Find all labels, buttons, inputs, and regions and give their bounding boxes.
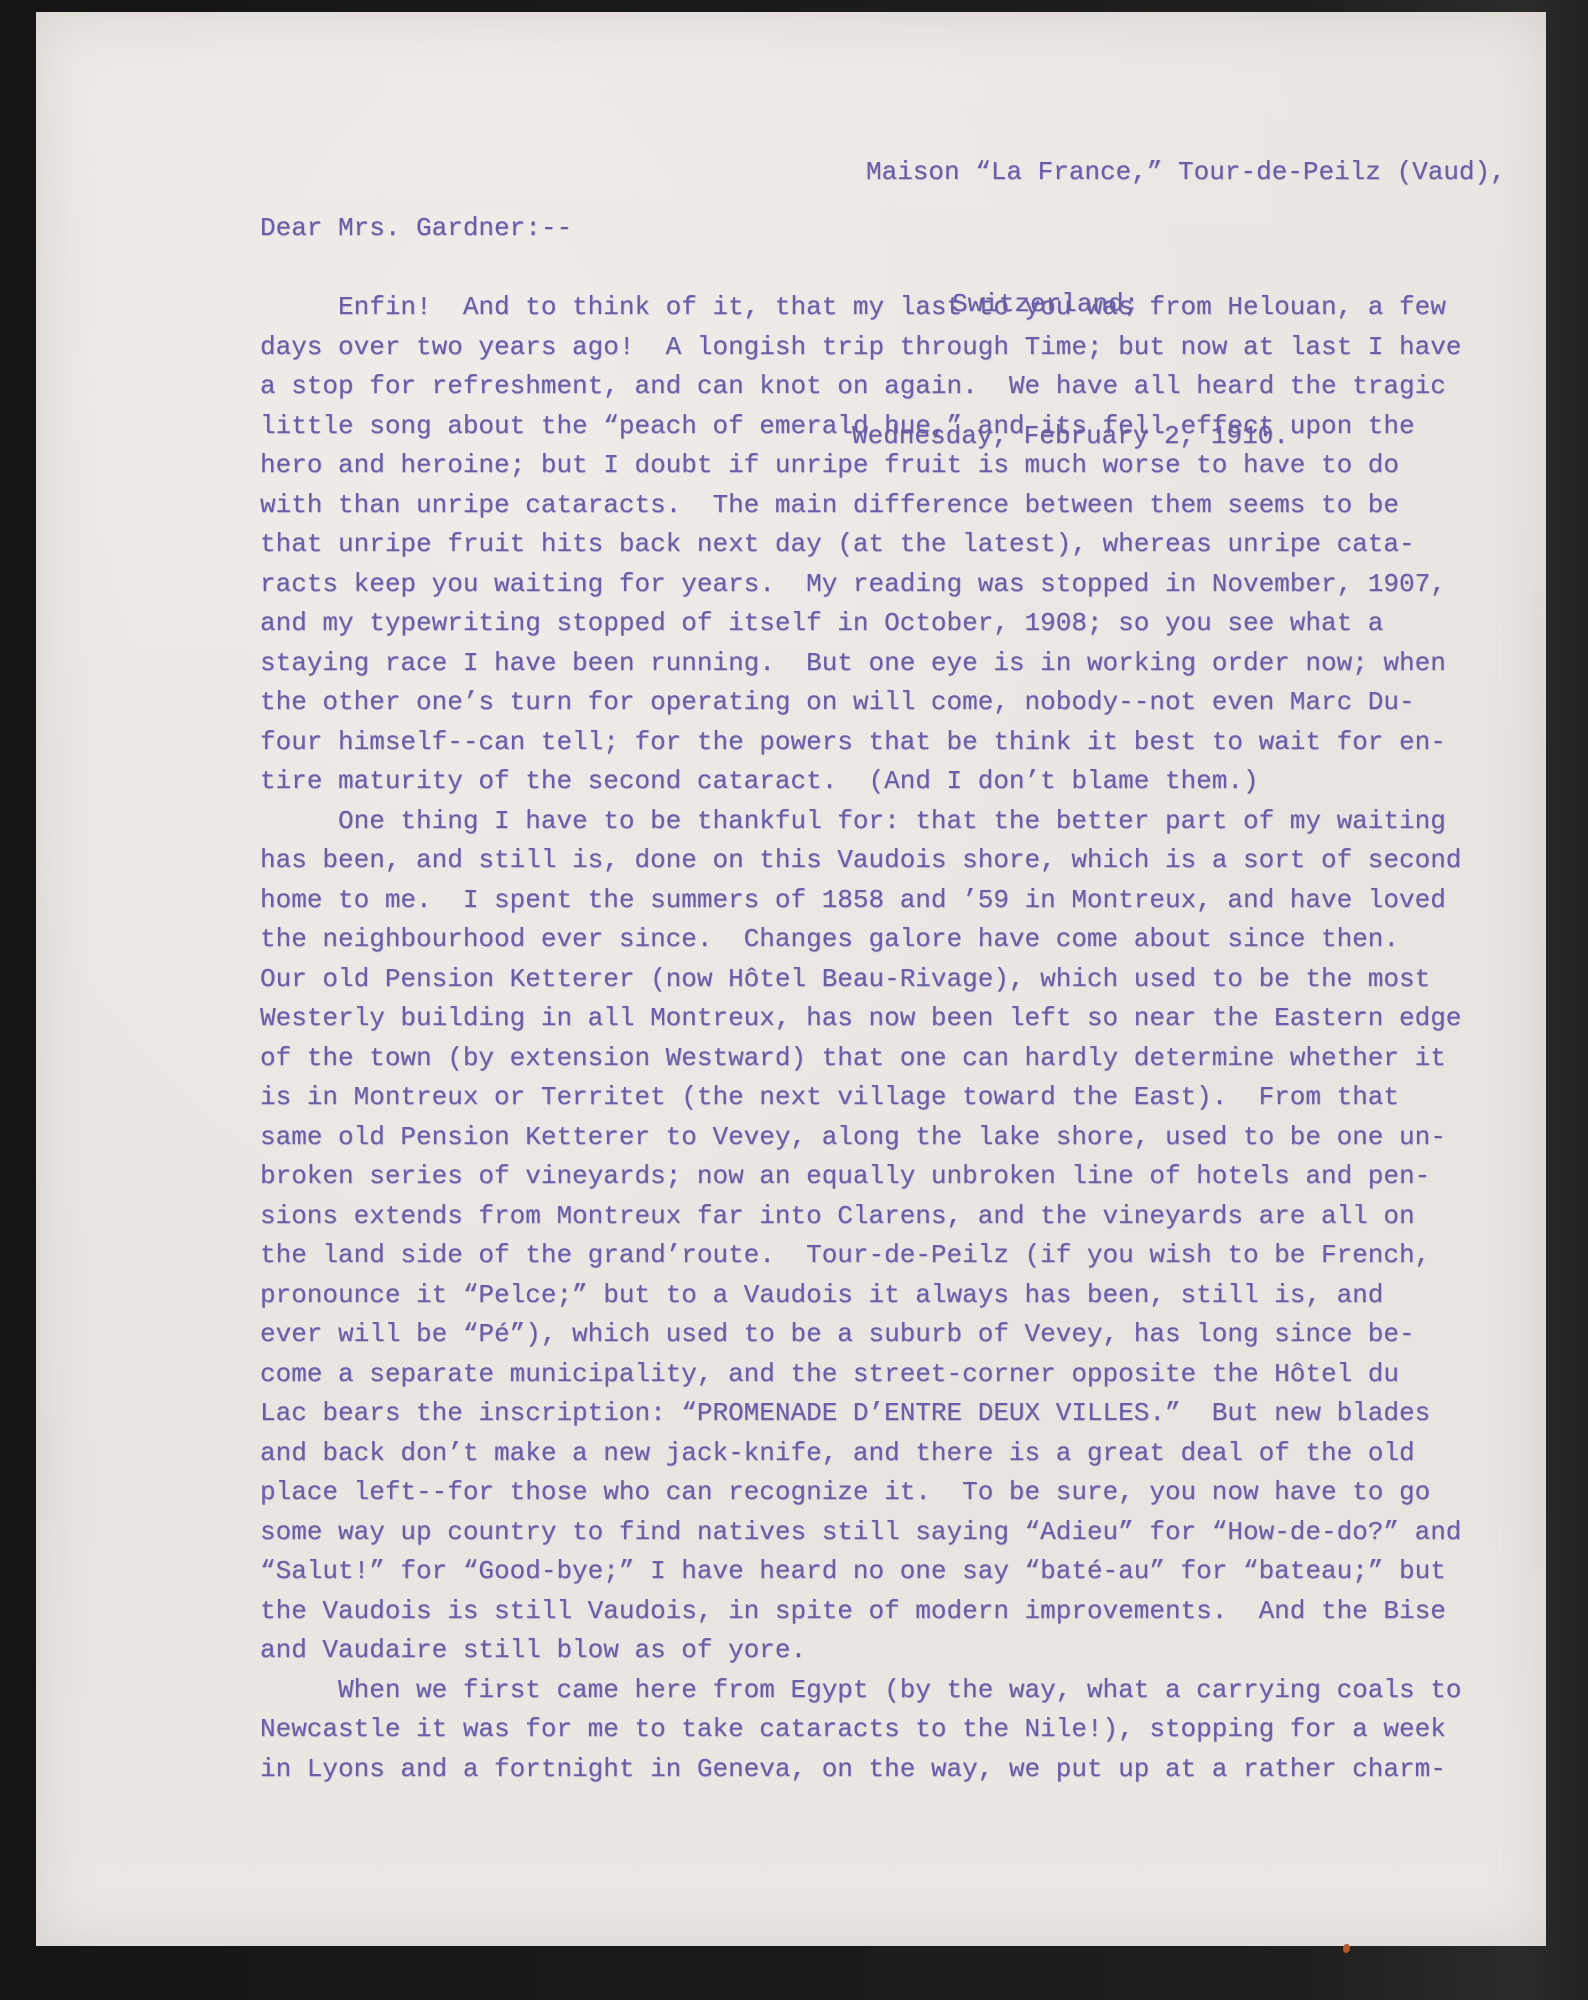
letter-scan-page: { "letter": { "header": { "line1": "Mais… — [0, 0, 1588, 2000]
letter-body: Enfin! And to think of it, that my last … — [260, 288, 1461, 1789]
sender-address-line: Maison “La France,” Tour-de-Peilz (Vaud)… — [866, 150, 1506, 194]
paragraph-1: Enfin! And to think of it, that my last … — [260, 288, 1461, 802]
salutation: Dear Mrs. Gardner:-- — [260, 208, 572, 248]
dust-speck — [1343, 1944, 1350, 1953]
paragraph-3: When we first came here from Egypt (by t… — [260, 1671, 1461, 1790]
letter-page: Maison “La France,” Tour-de-Peilz (Vaud)… — [36, 12, 1546, 1946]
paragraph-2: One thing I have to be thankful for: tha… — [260, 802, 1461, 1671]
